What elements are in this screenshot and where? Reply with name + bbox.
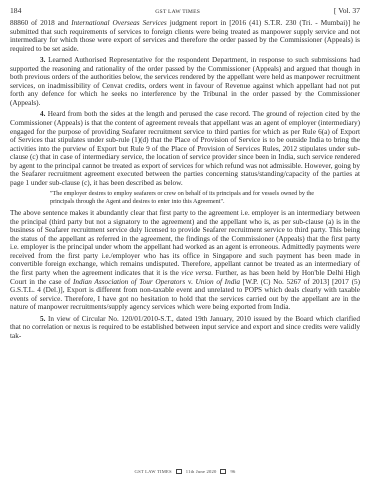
- case-name: International Overseas Services: [71, 19, 166, 27]
- paragraph-3: 3. Learned Authorised Representative for…: [10, 56, 360, 107]
- block-quote: "The employer desires to employ seafarer…: [50, 190, 328, 206]
- footer-date: 11th June 2020: [186, 469, 217, 474]
- page-footer: GST LAW TIMES11th June 202096: [0, 469, 370, 474]
- running-header: 184 GST LAW TIMES [ Vol. 37: [10, 6, 360, 17]
- continuation-paragraph: 88860 of 2018 and International Overseas…: [10, 19, 360, 53]
- separator-box-icon: [220, 469, 226, 474]
- case-party-name: Union of India: [196, 278, 240, 286]
- case-party-name: Indian Association of Tour Operators: [73, 278, 185, 286]
- footer-issue: 96: [230, 469, 235, 474]
- paragraph-text: Heard from both the sides at the length …: [10, 110, 360, 186]
- document-page: 184 GST LAW TIMES [ Vol. 37 88860 of 201…: [10, 6, 360, 340]
- paragraph-text: Learned Authorised Representative for th…: [10, 56, 360, 107]
- paragraph-4: 4. Heard from both the sides at the leng…: [10, 110, 360, 187]
- footer-journal: GST LAW TIMES: [135, 469, 172, 474]
- paragraph-text: In view of Circular No. 120/01/2010-S.T.…: [10, 315, 360, 340]
- paragraph-4-continued: The above sentence makes it abundantly c…: [10, 209, 360, 312]
- separator-box-icon: [176, 469, 182, 474]
- text-run: 88860 of 2018 and: [10, 19, 71, 27]
- paragraph-5: 5. In view of Circular No. 120/01/2010-S…: [10, 315, 360, 341]
- journal-title: GST LAW TIMES: [155, 8, 200, 17]
- text-run: The above sentence makes it abundantly c…: [10, 209, 360, 277]
- volume-label: [ Vol. 37: [334, 6, 360, 15]
- italic-phrase: vice versa: [181, 269, 211, 277]
- text-run: v.: [185, 278, 195, 286]
- page-number: 184: [10, 6, 21, 15]
